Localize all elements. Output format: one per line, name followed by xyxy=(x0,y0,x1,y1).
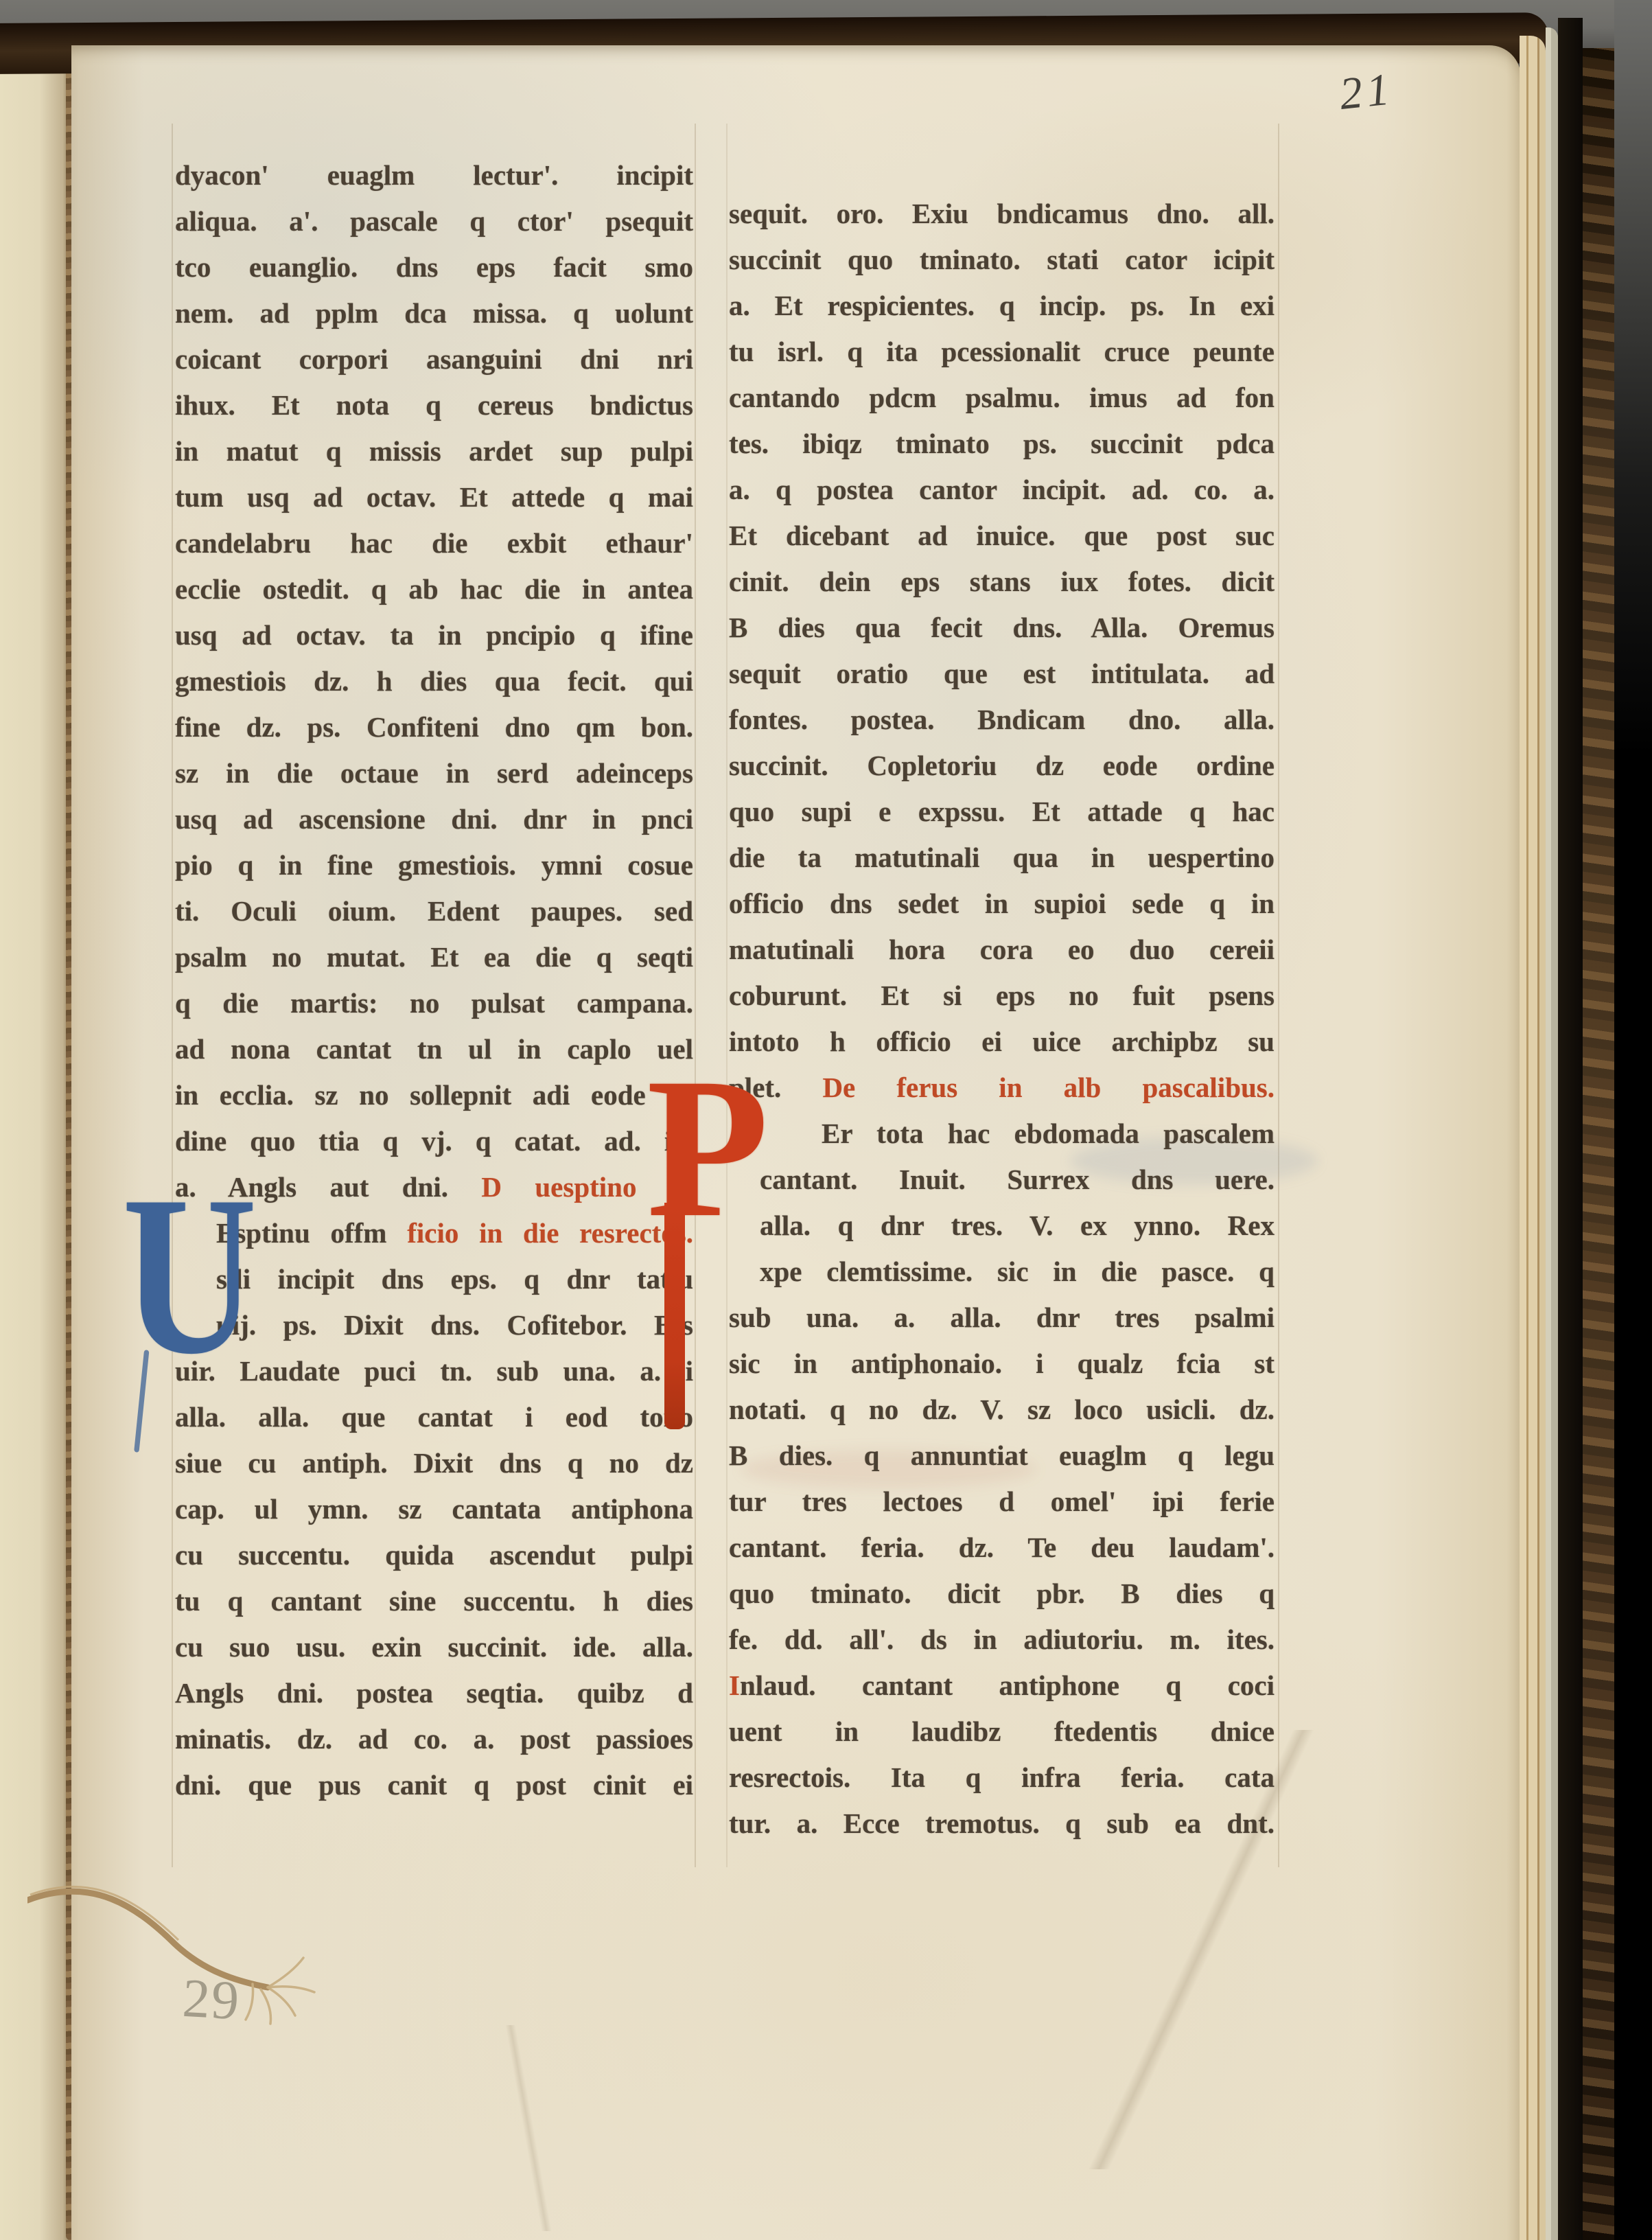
text-column-right: sequit. oro. Exiu bndicamus dno. all.suc… xyxy=(729,191,1275,1847)
text-line: cantant. Inuit. Surrex dns uere. xyxy=(729,1157,1275,1203)
body-text: a. Et respicientes. q incip. ps. In exi xyxy=(729,290,1275,321)
body-text: cinit. dein eps stans iux fotes. dicit xyxy=(729,566,1275,597)
text-line: Angls dni. postea seqtia. quibz d xyxy=(175,1670,693,1716)
text-line: in matut q missis ardet sup pulpi xyxy=(175,428,693,474)
body-text: B dies. q annuntiat euaglm q legu xyxy=(729,1440,1275,1471)
body-text: tu isrl. q ita pcessionalit cruce peunte xyxy=(729,336,1275,367)
text-line: B dies qua fecit dns. Alla. Oremus xyxy=(729,605,1275,651)
body-text: tur tres lectoes d omel' ipi ferie xyxy=(729,1486,1275,1517)
body-text: succinit. Copletoriu dz eode ordine xyxy=(729,750,1275,781)
text-line: cap. ul ymn. sz cantata antiphona xyxy=(175,1486,693,1532)
body-text: sili incipit dns eps. q dnr tatiu xyxy=(216,1263,693,1295)
body-text: die ta matutinali qua in uespertino xyxy=(729,842,1275,873)
text-line: sequit. oro. Exiu bndicamus dno. all. xyxy=(729,191,1275,237)
text-line: cu suo usu. exin succinit. ide. alla. xyxy=(175,1624,693,1670)
body-text: gmestiois dz. h dies qua fecit. qui xyxy=(175,665,693,697)
text-line: pio q in fine gmestiois. ymni cosue xyxy=(175,842,693,888)
body-text: ad nona cantat tn ul in caplo uel xyxy=(175,1033,693,1065)
text-line: coicant corpori asanguini dni nri xyxy=(175,336,693,382)
text-line: fe. dd. all'. ds in adiutoriu. m. ites. xyxy=(729,1617,1275,1663)
text-line: succinit. Copletoriu dz eode ordine xyxy=(729,743,1275,789)
binding-thread xyxy=(27,1847,371,2053)
text-line: nem. ad pplm dca missa. q uolunt xyxy=(175,290,693,336)
body-text: usq ad octav. ta in pncipio q ifine xyxy=(175,619,693,651)
body-text: a. q postea cantor incipit. ad. co. a. xyxy=(729,474,1275,505)
manuscript-photo: dyacon' euaglm lectur'. incipitaliqua. a… xyxy=(0,0,1652,2240)
body-text: sic in antiphonaio. i qualz fcia st xyxy=(729,1348,1275,1379)
text-column-left: dyacon' euaglm lectur'. incipitaliqua. a… xyxy=(175,152,693,1808)
body-text: ihux. Et nota q cereus bndictus xyxy=(175,389,693,421)
body-text: pio q in fine gmestiois. ymni cosue xyxy=(175,849,693,881)
body-text: xpe clemtissime. sic in die pasce. q xyxy=(760,1256,1275,1287)
body-text: tco euanglio. dns eps facit smo xyxy=(175,251,693,283)
ruling-line xyxy=(172,124,173,1867)
ruling-line xyxy=(1278,124,1279,1867)
text-line: a. q postea cantor incipit. ad. co. a. xyxy=(729,467,1275,513)
text-line: sic in antiphonaio. i qualz fcia st xyxy=(729,1341,1275,1387)
rubric-text: De ferus in alb pascalibus. xyxy=(822,1072,1275,1103)
text-line: alla. q dnr tres. V. ex ynno. Rex xyxy=(729,1203,1275,1249)
body-text: candelabru hac die exbit ethaur' xyxy=(175,527,693,559)
body-text: cantando pdcm psalmu. imus ad fon xyxy=(729,382,1275,413)
body-text: aliqua. a'. pascale q ctor' psequit xyxy=(175,205,693,237)
text-line: a. Et respicientes. q incip. ps. In exi xyxy=(729,283,1275,329)
text-line: fine dz. ps. Confiteni dno qm bon. xyxy=(175,704,693,750)
text-line: psalm no mutat. Et ea die q seqti xyxy=(175,934,693,980)
text-line: quo tminato. dicit pbr. B dies q xyxy=(729,1571,1275,1617)
parchment-crease xyxy=(288,2025,769,2231)
body-text: coicant corpori asanguini dni nri xyxy=(175,343,693,375)
text-line: tu q cantant sine succentu. h dies xyxy=(175,1578,693,1624)
text-line: aliqua. a'. pascale q ctor' psequit xyxy=(175,198,693,244)
ruling-line xyxy=(695,124,696,1867)
text-line: cinit. dein eps stans iux fotes. dicit xyxy=(729,559,1275,605)
text-line: tum usq ad octav. Et attede q mai xyxy=(175,474,693,520)
illuminated-initial-u: U xyxy=(122,1186,257,1364)
text-line: sz in die octaue in serd adeinceps xyxy=(175,750,693,796)
body-text: ti. Oculi oium. Edent paupes. sed xyxy=(175,895,693,927)
body-text: cantant. Inuit. Surrex dns uere. xyxy=(760,1164,1275,1195)
body-text: psalm no mutat. Et ea die q seqti xyxy=(175,941,693,973)
text-line: xpe clemtissime. sic in die pasce. q xyxy=(729,1249,1275,1295)
body-text: in matut q missis ardet sup pulpi xyxy=(175,435,693,467)
body-text: notati. q no dz. V. sz loco usicli. dz. xyxy=(729,1394,1275,1425)
rubric-text: I xyxy=(729,1670,740,1701)
body-text: tur. a. Ecce tremotus. q sub ea dnt. xyxy=(729,1808,1275,1839)
body-text: alla. q dnr tres. V. ex ynno. Rex xyxy=(760,1210,1275,1241)
text-line: in ecclia. sz no sollepnit adi eode or xyxy=(175,1072,693,1118)
text-line: Er tota hac ebdomada pascalem xyxy=(729,1111,1275,1157)
body-text: dyacon' euaglm lectur'. incipit xyxy=(175,159,693,191)
body-text: sequit. oro. Exiu bndicamus dno. all. xyxy=(729,198,1275,229)
text-line: coburunt. Et si eps no fuit psens xyxy=(729,973,1275,1019)
text-line: tur tres lectoes d omel' ipi ferie xyxy=(729,1479,1275,1525)
body-text: uij. ps. Dixit dns. Cofitebor. Bts xyxy=(216,1309,693,1341)
text-line: candelabru hac die exbit ethaur' xyxy=(175,520,693,566)
body-text: fine dz. ps. Confiteni dno qm bon. xyxy=(175,711,693,743)
text-line: B dies. q annuntiat euaglm q legu xyxy=(729,1433,1275,1479)
body-text: usq ad ascensione dni. dnr in pnci xyxy=(175,803,693,835)
body-text: nlaud. cantant antiphone q coci xyxy=(740,1670,1275,1701)
text-line: ti. Oculi oium. Edent paupes. sed xyxy=(175,888,693,934)
illuminated-initial-p: P xyxy=(647,1068,769,1229)
body-text: quo tminato. dicit pbr. B dies q xyxy=(729,1578,1275,1609)
text-line: gmestiois dz. h dies qua fecit. qui xyxy=(175,658,693,704)
text-line: tur. a. Ecce tremotus. q sub ea dnt. xyxy=(729,1801,1275,1847)
text-line: cantando pdcm psalmu. imus ad fon xyxy=(729,375,1275,421)
body-text: Er tota hac ebdomada pascalem xyxy=(822,1118,1275,1149)
body-text: tes. ibiqz tminato ps. succinit pdca xyxy=(729,428,1275,459)
text-line: matutinali hora cora eo duo cereii xyxy=(729,927,1275,973)
folio-number-ink: 21 xyxy=(1337,63,1396,121)
body-text: officio dns sedet in supioi sede q in xyxy=(729,888,1275,919)
body-text: q die martis: no pulsat campana. xyxy=(175,987,693,1019)
background xyxy=(1614,0,1652,2240)
text-line: q die martis: no pulsat campana. xyxy=(175,980,693,1026)
initial-p-stem xyxy=(664,1203,685,1429)
text-line: die ta matutinali qua in uespertino xyxy=(729,835,1275,881)
body-text: cantant. feria. dz. Te deu laudam'. xyxy=(729,1532,1275,1563)
text-line: quo supi e expssu. Et attade q hac xyxy=(729,789,1275,835)
text-line: usq ad octav. ta in pncipio q ifine xyxy=(175,612,693,658)
text-line: officio dns sedet in supioi sede q in xyxy=(729,881,1275,927)
body-text: tum usq ad octav. Et attede q mai xyxy=(175,481,693,513)
body-text: resrectois. Ita q infra feria. cata xyxy=(729,1762,1275,1793)
page-stack-shadow xyxy=(1558,18,1583,2240)
text-line: alla. alla. que cantat i eod tono xyxy=(175,1394,693,1440)
text-line: sequit oratio que est intitulata. ad xyxy=(729,651,1275,697)
text-line: intoto h officio ei uice archipbz su xyxy=(729,1019,1275,1065)
text-line: ecclie ostedit. q ab hac die in antea xyxy=(175,566,693,612)
text-line: minatis. dz. ad co. a. post passioes xyxy=(175,1716,693,1762)
body-text: quo supi e expssu. Et attade q hac xyxy=(729,796,1275,827)
body-text: nem. ad pplm dca missa. q uolunt xyxy=(175,297,693,329)
body-text: cu suo usu. exin succinit. ide. alla. xyxy=(175,1631,693,1663)
body-text: in ecclia. sz no sollepnit adi eode or xyxy=(175,1079,693,1111)
text-line: cu succentu. quida ascendut pulpi xyxy=(175,1532,693,1578)
body-text: dni. que pus canit q post cinit ei xyxy=(175,1769,693,1801)
text-line: tu isrl. q ita pcessionalit cruce peunte xyxy=(729,329,1275,375)
text-line: dni. que pus canit q post cinit ei xyxy=(175,1762,693,1808)
body-text: siue cu antiph. Dixit dns q no dz xyxy=(175,1447,693,1479)
body-text: Angls dni. postea seqtia. quibz d xyxy=(175,1677,693,1709)
body-text: matutinali hora cora eo duo cereii xyxy=(729,934,1275,965)
body-text: fontes. postea. Bndicam dno. alla. xyxy=(729,704,1275,735)
text-line: notati. q no dz. V. sz loco usicli. dz. xyxy=(729,1387,1275,1433)
body-text: intoto h officio ei uice archipbz su xyxy=(729,1026,1275,1057)
body-text: fe. dd. all'. ds in adiutoriu. m. ites. xyxy=(729,1624,1275,1655)
text-line: cantant. feria. dz. Te deu laudam'. xyxy=(729,1525,1275,1571)
body-text: sub una. a. alla. dnr tres psalmi xyxy=(729,1302,1275,1333)
text-line: ad nona cantat tn ul in caplo uel xyxy=(175,1026,693,1072)
body-text: succinit quo tminato. stati cator icipit xyxy=(729,244,1275,275)
body-text: cu succentu. quida ascendut pulpi xyxy=(175,1539,693,1571)
leather-cover-edge xyxy=(1583,48,1614,2240)
text-line: Et dicebant ad inuice. que post suc xyxy=(729,513,1275,559)
body-text: ecclie ostedit. q ab hac die in antea xyxy=(175,573,693,605)
text-line: sub una. a. alla. dnr tres psalmi xyxy=(729,1295,1275,1341)
body-text: cap. ul ymn. sz cantata antiphona xyxy=(175,1493,693,1525)
body-text: minatis. dz. ad co. a. post passioes xyxy=(175,1723,693,1755)
text-line: plet. De ferus in alb pascalibus. xyxy=(729,1065,1275,1111)
text-line: ihux. Et nota q cereus bndictus xyxy=(175,382,693,428)
text-line: fontes. postea. Bndicam dno. alla. xyxy=(729,697,1275,743)
body-text: uent in laudibz ftedentis dnice xyxy=(729,1716,1275,1747)
text-line: Inlaud. cantant antiphone q coci xyxy=(729,1663,1275,1709)
text-line: tes. ibiqz tminato ps. succinit pdca xyxy=(729,421,1275,467)
body-text: Et dicebant ad inuice. que post suc xyxy=(729,520,1275,551)
body-text: sz in die octaue in serd adeinceps xyxy=(175,757,693,789)
text-line: resrectois. Ita q infra feria. cata xyxy=(729,1755,1275,1801)
text-line: siue cu antiph. Dixit dns q no dz xyxy=(175,1440,693,1486)
page-stack-edge xyxy=(1546,27,1558,2240)
text-line: uent in laudibz ftedentis dnice xyxy=(729,1709,1275,1755)
body-text: B dies qua fecit dns. Alla. Oremus xyxy=(729,612,1275,643)
body-text: tu q cantant sine succentu. h dies xyxy=(175,1585,693,1617)
ruling-line xyxy=(726,124,728,1867)
body-text: alla. alla. que cantat i eod tono xyxy=(175,1401,693,1433)
text-line: tco euanglio. dns eps facit smo xyxy=(175,244,693,290)
body-text: coburunt. Et si eps no fuit psens xyxy=(729,980,1275,1011)
text-line: usq ad ascensione dni. dnr in pnci xyxy=(175,796,693,842)
text-line: dyacon' euaglm lectur'. incipit xyxy=(175,152,693,198)
text-line: succinit quo tminato. stati cator icipit xyxy=(729,237,1275,283)
body-text: sequit oratio que est intitulata. ad xyxy=(729,658,1275,689)
